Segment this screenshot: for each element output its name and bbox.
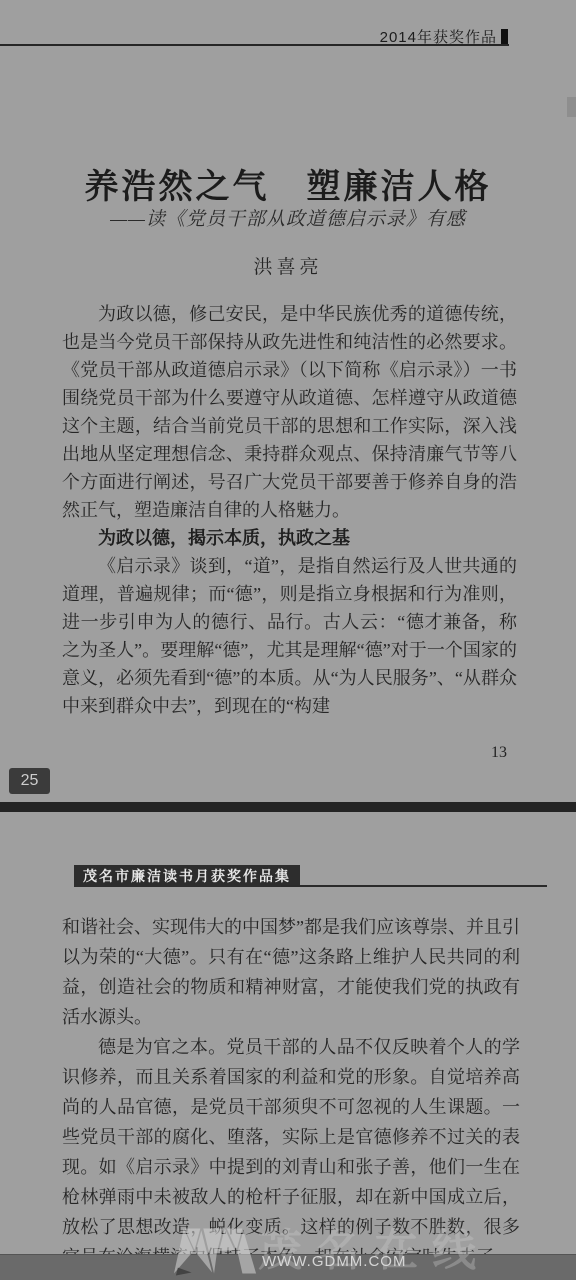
- paragraph: 《启示录》谈到，“道”，是指自然运行及人世共通的道理，普遍规律；而“德”，则是指…: [62, 552, 517, 720]
- scanned-book-viewer: 2014年获奖作品 养浩然之气 塑廉洁人格 ——读《党员干部从政道德启示录》有感…: [0, 0, 576, 1280]
- header-end-bar-icon: [501, 29, 508, 44]
- badge-rule: [281, 885, 547, 887]
- scan-bottom-band: [0, 1254, 576, 1280]
- paragraph: 和谐社会、实现伟大的中国梦”都是我们应该尊崇、并且引以为荣的“大德”。只有在“德…: [62, 912, 520, 1032]
- page2-body: 和谐社会、实现伟大的中国梦”都是我们应该尊崇、并且引以为荣的“大德”。只有在“德…: [62, 912, 520, 1272]
- page1-page-number: 13: [62, 744, 507, 762]
- header-badge-label: 茂名市廉洁读书月获奖作品集: [83, 866, 291, 886]
- header-rule: [0, 44, 509, 46]
- essay-author: 洪喜亮: [40, 252, 536, 279]
- section-heading: 为政以德，揭示本质，执政之基: [62, 524, 517, 552]
- page-divider-band: [0, 802, 576, 812]
- essay-subtitle: ——读《党员干部从政道德启示录》有感: [40, 204, 536, 231]
- page1-body: 为政以德，修己安民，是中华民族优秀的道德传统，也是当今党员干部保持从政先进性和纯…: [62, 300, 517, 720]
- paragraph: 德是为官之本。党员干部的人品不仅反映着个人的学识修养，而且关系着国家的利益和党的…: [62, 1032, 520, 1272]
- paragraph: 为政以德，修己安民，是中华民族优秀的道德传统，也是当今党员干部保持从政先进性和纯…: [62, 300, 517, 524]
- scan-edge-artifact: [567, 97, 576, 117]
- reader-page-tab: 25: [9, 768, 50, 794]
- reader-page-tab-label: 25: [21, 772, 39, 790]
- page2-header-badge: 茂名市廉洁读书月获奖作品集: [74, 865, 300, 887]
- essay-title: 养浩然之气 塑廉洁人格: [40, 159, 536, 208]
